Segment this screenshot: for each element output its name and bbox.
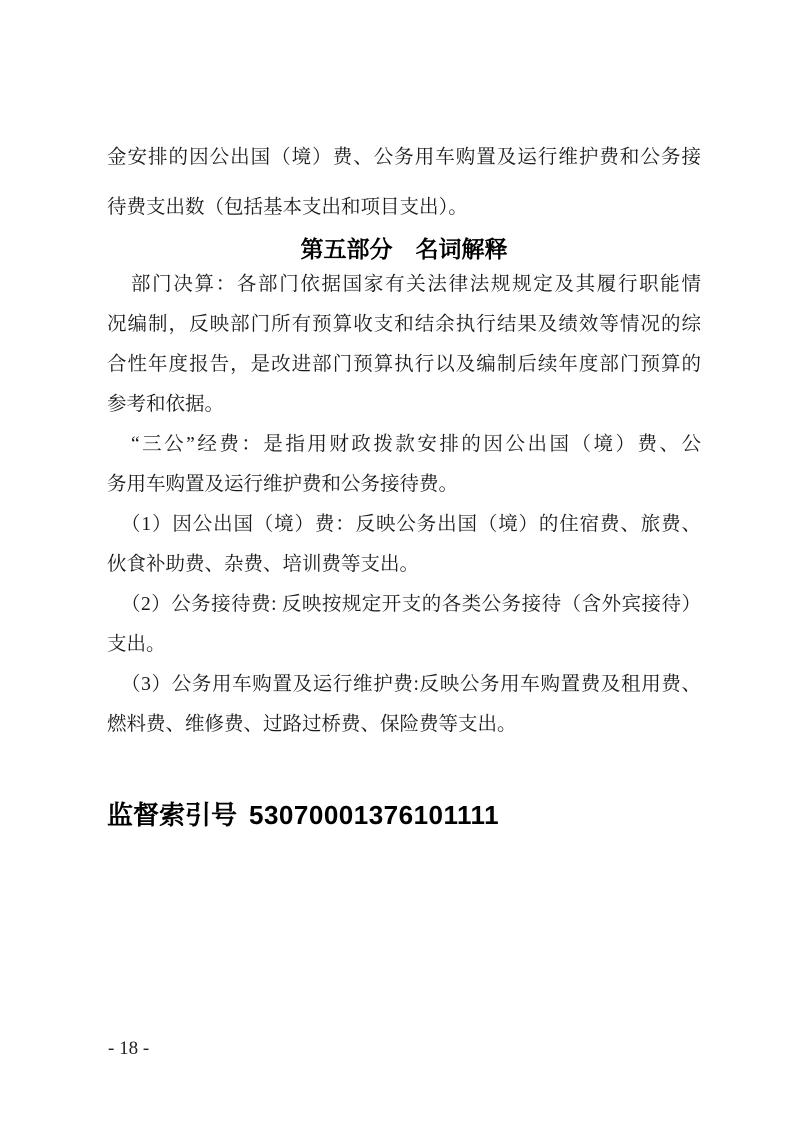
text-line: （3）公务用车购置及运行维护费:反映公务用车购置费及租用费、 [107, 665, 701, 705]
text-line: 伙食补助费、杂费、培训费等支出。 [107, 545, 701, 585]
paragraph-item-1-overseas-travel: （1）因公出国（境）费：反映公务出国（境）的住宿费、旅费、 伙食补助费、杂费、培… [107, 505, 701, 585]
supervision-index-number: 53070001376101111 [249, 800, 499, 830]
document-page: 金安排的因公出国（境）费、公务用车购置及运行维护费和公务接 待费支出数（包括基本… [0, 0, 793, 1122]
text-line: 燃料费、维修费、过路过桥费、保险费等支出。 [107, 705, 701, 745]
text-line: （1）因公出国（境）费：反映公务出国（境）的住宿费、旅费、 [107, 505, 701, 545]
text-line: 待费支出数（包括基本支出和项目支出）。 [107, 183, 701, 233]
text-line: 参考和依据。 [107, 385, 701, 425]
page-number: - 18 - [108, 1036, 149, 1062]
paragraph-department-final-accounts: 部门决算：各部门依据国家有关法律法规规定及其履行职能情 况编制，反映部门所有预算… [107, 265, 701, 425]
text-line: （2）公务接待费: 反映按规定开支的各类公务接待（含外宾接待） [107, 585, 701, 625]
text-line: 支出。 [107, 625, 701, 665]
paragraph-intro-continuation: 金安排的因公出国（境）费、公务用车购置及运行维护费和公务接 待费支出数（包括基本… [107, 133, 701, 233]
text-line: 金安排的因公出国（境）费、公务用车购置及运行维护费和公务接 [107, 133, 701, 183]
text-line: “三公”经费：是指用财政拨款安排的因公出国（境）费、公 [107, 425, 701, 465]
text-line: 况编制，反映部门所有预算收支和结余执行结果及绩效等情况的综 [107, 305, 701, 345]
text-line: 务用车购置及运行维护费和公务接待费。 [107, 465, 701, 505]
supervision-index-line: 监督索引号53070001376101111 [107, 795, 701, 835]
page-content: 金安排的因公出国（境）费、公务用车购置及运行维护费和公务接 待费支出数（包括基本… [107, 133, 701, 835]
text-line: 合性年度报告，是改进部门预算执行以及编制后续年度部门预算的 [107, 345, 701, 385]
section-heading: 第五部分 名词解释 [107, 233, 701, 265]
paragraph-three-public-funds: “三公”经费：是指用财政拨款安排的因公出国（境）费、公 务用车购置及运行维护费和… [107, 425, 701, 505]
paragraph-item-3-vehicle-purchase: （3）公务用车购置及运行维护费:反映公务用车购置费及租用费、 燃料费、维修费、过… [107, 665, 701, 745]
paragraph-item-2-official-reception: （2）公务接待费: 反映按规定开支的各类公务接待（含外宾接待） 支出。 [107, 585, 701, 665]
text-line: 部门决算：各部门依据国家有关法律法规规定及其履行职能情 [107, 265, 701, 305]
supervision-index-label: 监督索引号 [107, 800, 237, 830]
